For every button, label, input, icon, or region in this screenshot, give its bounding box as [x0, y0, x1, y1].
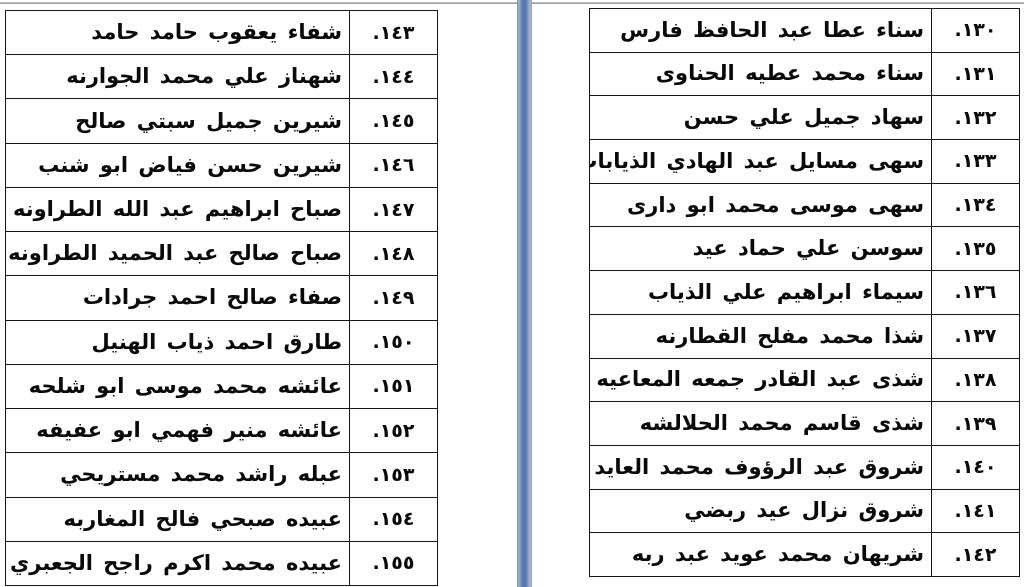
- person-name: عائشه محمد موسى ابو شلحه: [29, 375, 342, 398]
- number-cell: ١٣٥.: [931, 227, 1019, 270]
- table-row: شهناز علي محمد الجوارنه ١٤٤.: [6, 55, 437, 99]
- table-row: عبيده محمد اكرم راجح الجعبري ١٥٥.: [6, 542, 437, 585]
- table-row: شذا محمد مفلح القطارنه ١٣٧.: [590, 315, 1019, 359]
- number-cell: ١٤٨.: [349, 232, 437, 275]
- person-name: شهناز علي محمد الجوارنه: [66, 65, 342, 88]
- row-number: ١٤١.: [954, 500, 996, 522]
- table-row: شيرين حسن فياض ابو شنب ١٤٦.: [6, 144, 437, 188]
- row-number: ١٥٣.: [372, 464, 414, 486]
- table-row: صباح صالح عبد الحميد الطراونه ١٤٨.: [6, 232, 437, 276]
- number-cell: ١٣٦.: [931, 271, 1019, 314]
- table-row: شيرين جميل سبتي صالح ١٤٥.: [6, 99, 437, 143]
- name-cell: سناء محمد عطيه الحناوى: [590, 53, 931, 96]
- name-cell: شذا محمد مفلح القطارنه: [590, 315, 931, 358]
- table-row: عبيده صبحي فالح المغاربه ١٥٤.: [6, 498, 437, 542]
- person-name: شفاء يعقوب حامد حامد: [91, 21, 342, 44]
- table-row: شذى قاسم محمد الحلالشه ١٣٩.: [590, 402, 1019, 446]
- name-cell: سهى مسايل عبد الهادي الذيابات: [590, 140, 931, 183]
- table-row: طارق احمد ذياب الهنيل ١٥٠.: [6, 321, 437, 365]
- table-row: شفاء يعقوب حامد حامد ١٤٣.: [6, 11, 437, 55]
- person-name: سهاد جميل علي حسن: [684, 106, 924, 129]
- name-cell: شفاء يعقوب حامد حامد: [6, 11, 349, 54]
- person-name: طارق احمد ذياب الهنيل: [92, 331, 343, 354]
- person-name: عبيده محمد اكرم راجح الجعبري: [10, 552, 342, 575]
- number-cell: ١٣٤.: [931, 184, 1019, 227]
- table-row: سناء محمد عطيه الحناوى ١٣١.: [590, 53, 1019, 97]
- row-number: ١٣٠.: [954, 19, 996, 41]
- person-name: شروق نزال عيد ربضي: [684, 499, 924, 522]
- number-cell: ١٤٩.: [349, 276, 437, 319]
- names-table-left-page: شفاء يعقوب حامد حامد ١٤٣. شهناز علي محمد…: [5, 10, 438, 586]
- number-cell: ١٥١.: [349, 365, 437, 408]
- person-name: سناء عطا عبد الحافظ فارس: [620, 19, 924, 42]
- row-number: ١٣٣.: [954, 150, 996, 172]
- row-number: ١٥٤.: [372, 508, 414, 530]
- name-cell: سوسن علي حماد عيد: [590, 227, 931, 270]
- name-cell: سناء عطا عبد الحافظ فارس: [590, 9, 931, 52]
- row-number: ١٣٧.: [954, 325, 996, 347]
- row-number: ١٤٧.: [372, 199, 414, 221]
- number-cell: ١٣٢.: [931, 96, 1019, 139]
- table-row: سهى مسايل عبد الهادي الذيابات ١٣٣.: [590, 140, 1019, 184]
- number-cell: ١٤٦.: [349, 144, 437, 187]
- number-cell: ١٤٠.: [931, 446, 1019, 489]
- row-number: ١٤٤.: [372, 66, 414, 88]
- name-cell: سهاد جميل علي حسن: [590, 96, 931, 139]
- row-number: ١٥١.: [372, 375, 414, 397]
- person-name: شذى عبد القادر جمعه المعاعيه: [596, 368, 924, 391]
- row-number: ١٤٠.: [954, 456, 996, 478]
- row-number: ١٤٦.: [372, 154, 414, 176]
- number-cell: ١٤٧.: [349, 188, 437, 231]
- table-row: سيماء ابراهيم علي الذياب ١٣٦.: [590, 271, 1019, 315]
- row-number: ١٣٩.: [954, 413, 996, 435]
- name-cell: شذى عبد القادر جمعه المعاعيه: [590, 359, 931, 402]
- name-cell: شذى قاسم محمد الحلالشه: [590, 402, 931, 445]
- number-cell: ١٥٥.: [349, 542, 437, 585]
- name-cell: شروق عبد الرؤوف محمد العايد: [590, 446, 931, 489]
- name-cell: صفاء صالح احمد جرادات: [6, 276, 349, 319]
- person-name: صباح ابراهيم عبد الله الطراونه: [13, 198, 342, 221]
- name-cell: طارق احمد ذياب الهنيل: [6, 321, 349, 364]
- row-number: ١٤٥.: [372, 110, 414, 132]
- row-number: ١٣٦.: [954, 281, 996, 303]
- row-number: ١٥٥.: [372, 552, 414, 574]
- person-name: شيرين جميل سبتي صالح: [75, 110, 342, 133]
- number-cell: ١٤٥.: [349, 99, 437, 142]
- number-cell: ١٤٤.: [349, 55, 437, 98]
- table-row: سهاد جميل علي حسن ١٣٢.: [590, 96, 1019, 140]
- number-cell: ١٤١.: [931, 490, 1019, 533]
- row-number: ١٣١.: [954, 63, 996, 85]
- name-cell: عبيده صبحي فالح المغاربه: [6, 498, 349, 541]
- table-row: سوسن علي حماد عيد ١٣٥.: [590, 227, 1019, 271]
- table-row: شروق عبد الرؤوف محمد العايد ١٤٠.: [590, 446, 1019, 490]
- name-cell: شروق نزال عيد ربضي: [590, 490, 931, 533]
- row-number: ١٥٠.: [372, 331, 414, 353]
- table-row: سناء عطا عبد الحافظ فارس ١٣٠.: [590, 9, 1019, 53]
- row-number: ١٣٢.: [954, 107, 996, 129]
- row-number: ١٥٢.: [372, 420, 414, 442]
- row-number: ١٣٤.: [954, 194, 996, 216]
- person-name: عبيده صبحي فالح المغاربه: [64, 508, 342, 531]
- name-cell: سهى موسى محمد ابو دارى: [590, 184, 931, 227]
- number-cell: ١٣٧.: [931, 315, 1019, 358]
- person-name: عبله راشد محمد مستريحي: [60, 463, 342, 486]
- name-cell: شيرين جميل سبتي صالح: [6, 99, 349, 142]
- person-name: شذى قاسم محمد الحلالشه: [640, 412, 924, 435]
- number-cell: ١٥٤.: [349, 498, 437, 541]
- table-row: عائشه منير فهمي ابو عفيفه ١٥٢.: [6, 409, 437, 453]
- name-cell: عائشه منير فهمي ابو عفيفه: [6, 409, 349, 452]
- person-name: سيماء ابراهيم علي الذياب: [648, 281, 924, 304]
- table-row: شريهان محمد عويد عبد ربه ١٤٢.: [590, 533, 1019, 576]
- name-cell: صباح صالح عبد الحميد الطراونه: [6, 232, 349, 275]
- number-cell: ١٣٩.: [931, 402, 1019, 445]
- person-name: سهى مسايل عبد الهادي الذيابات: [590, 150, 924, 173]
- person-name: صفاء صالح احمد جرادات: [83, 286, 342, 309]
- table-row: صباح ابراهيم عبد الله الطراونه ١٤٧.: [6, 188, 437, 232]
- person-name: عائشه منير فهمي ابو عفيفه: [36, 419, 342, 442]
- number-cell: ١٥٠.: [349, 321, 437, 364]
- name-cell: عبله راشد محمد مستريحي: [6, 453, 349, 496]
- number-cell: ١٤٢.: [931, 533, 1019, 576]
- person-name: شذا محمد مفلح القطارنه: [656, 325, 924, 348]
- name-cell: سيماء ابراهيم علي الذياب: [590, 271, 931, 314]
- document-canvas: شفاء يعقوب حامد حامد ١٤٣. شهناز علي محمد…: [0, 0, 1024, 587]
- number-cell: ١٣٨.: [931, 359, 1019, 402]
- name-cell: شريهان محمد عويد عبد ربه: [590, 533, 931, 576]
- row-number: ١٤٨.: [372, 243, 414, 265]
- person-name: سوسن علي حماد عيد: [693, 237, 924, 260]
- table-row: صفاء صالح احمد جرادات ١٤٩.: [6, 276, 437, 320]
- row-number: ١٤٢.: [954, 544, 996, 566]
- names-table-right-page: سناء عطا عبد الحافظ فارس ١٣٠. سناء محمد …: [589, 8, 1020, 577]
- number-cell: ١٣٠.: [931, 9, 1019, 52]
- name-cell: عائشه محمد موسى ابو شلحه: [6, 365, 349, 408]
- person-name: شروق عبد الرؤوف محمد العايد: [594, 456, 924, 479]
- table-row: عائشه محمد موسى ابو شلحه ١٥١.: [6, 365, 437, 409]
- table-row: شذى عبد القادر جمعه المعاعيه ١٣٨.: [590, 359, 1019, 403]
- number-cell: ١٤٣.: [349, 11, 437, 54]
- person-name: سهى موسى محمد ابو دارى: [627, 194, 924, 217]
- person-name: شريهان محمد عويد عبد ربه: [632, 543, 924, 566]
- row-number: ١٤٣.: [372, 22, 414, 44]
- table-row: شروق نزال عيد ربضي ١٤١.: [590, 490, 1019, 534]
- row-number: ١٣٨.: [954, 369, 996, 391]
- person-name: شيرين حسن فياض ابو شنب: [38, 154, 342, 177]
- page-top-edge-line: [0, 2, 1024, 4]
- number-cell: ١٥٢.: [349, 409, 437, 452]
- number-cell: ١٥٣.: [349, 453, 437, 496]
- number-cell: ١٣٣.: [931, 140, 1019, 183]
- name-cell: شيرين حسن فياض ابو شنب: [6, 144, 349, 187]
- person-name: صباح صالح عبد الحميد الطراونه: [8, 242, 342, 265]
- number-cell: ١٣١.: [931, 53, 1019, 96]
- row-number: ١٤٩.: [372, 287, 414, 309]
- name-cell: شهناز علي محمد الجوارنه: [6, 55, 349, 98]
- table-row: سهى موسى محمد ابو دارى ١٣٤.: [590, 184, 1019, 228]
- row-number: ١٣٥.: [954, 238, 996, 260]
- name-cell: صباح ابراهيم عبد الله الطراونه: [6, 188, 349, 231]
- table-row: عبله راشد محمد مستريحي ١٥٣.: [6, 453, 437, 497]
- person-name: سناء محمد عطيه الحناوى: [656, 62, 924, 85]
- page-gap-divider: [517, 0, 532, 587]
- name-cell: عبيده محمد اكرم راجح الجعبري: [6, 542, 349, 585]
